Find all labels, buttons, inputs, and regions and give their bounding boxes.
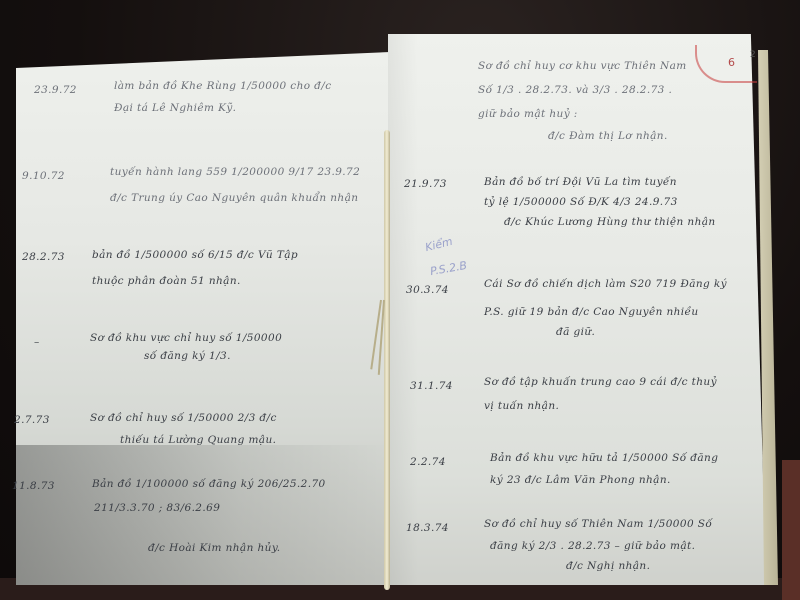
- entry-date: 21.9.73: [404, 178, 447, 190]
- entry-line: thuộc phân đoàn 51 nhận.: [92, 275, 241, 287]
- entry-date: 2.7.73: [14, 414, 50, 426]
- entry-line: đã giữ.: [556, 326, 595, 338]
- entry-line: đ/c Đàm thị Lơ nhận.: [548, 130, 668, 142]
- entry-line: đ/c Nghị nhận.: [566, 560, 650, 572]
- entry-line: số đăng ký 1/3.: [144, 350, 231, 362]
- entry-line: Số 1/3 . 28.2.73. và 3/3 . 28.2.73 .: [478, 84, 672, 96]
- notebook-cover-right: [782, 460, 800, 600]
- entry-line: đăng ký 2/3 . 28.2.73 – giữ bảo mật.: [490, 540, 695, 552]
- entry-line: đ/c Trung úy Cao Nguyên quân khuẩn nhận: [110, 192, 358, 204]
- entry-line: P.S. giữ 19 bản đ/c Cao Nguyên nhiều: [484, 306, 699, 318]
- entry-date: 18.3.74: [406, 522, 449, 534]
- entry-line: vị tuấn nhận.: [484, 400, 559, 412]
- entry-line: Bản đồ khu vực hữu tả 1/50000 Số đăng: [490, 452, 718, 464]
- entry-line: bản đồ 1/500000 số 6/15 đ/c Vũ Tập: [92, 249, 298, 261]
- entry-line: tỷ lệ 1/500000 Số Đ/K 4/3 24.9.73: [484, 196, 678, 208]
- entry-date: 28.2.73: [22, 251, 65, 263]
- entry-line: giữ bảo mật huỷ :: [478, 108, 578, 120]
- entry-date: 30.3.74: [406, 284, 449, 296]
- entry-line: Sơ đồ chỉ huy số 1/50000 2/3 đ/c: [90, 412, 277, 424]
- entry-date: 9.10.72: [22, 170, 65, 182]
- entry-date: 11.8.73: [12, 480, 55, 492]
- entry-line: thiếu tá Lường Quang mậu.: [120, 434, 276, 446]
- entry-date: 23.9.72: [34, 84, 77, 96]
- entry-line: Bản đồ bố trí Đội Vũ La tìm tuyến: [484, 176, 677, 188]
- stamp-number: 6: [728, 56, 735, 69]
- entry-line: đ/c Khúc Lương Hùng thư thiện nhận: [504, 216, 716, 228]
- entry-line: đ/c Hoài Kim nhận hủy.: [148, 542, 281, 554]
- entry-line: Sơ đồ chỉ huy cơ khu vực Thiên Nam: [478, 60, 687, 72]
- page-number: 2: [750, 50, 756, 60]
- entry-line: Bản đồ 1/100000 số đăng ký 206/25.2.70: [92, 478, 326, 490]
- entry-line: Đại tá Lê Nghiêm Kỹ.: [114, 102, 236, 114]
- entry-date: 2.2.74: [410, 456, 446, 468]
- entry-line: Sơ đồ chỉ huy số Thiên Nam 1/50000 Số: [484, 518, 712, 530]
- entry-line: Cái Sơ đồ chiến dịch làm S20 719 Đăng ký: [484, 278, 727, 290]
- entry-line: làm bản đồ Khe Rùng 1/50000 cho đ/c: [114, 80, 332, 92]
- entry-line: Sơ đồ tập khuấn trung cao 9 cái đ/c thuỷ: [484, 376, 717, 388]
- notebook-photo: 6 2 Kiểm P.S.2.B 23.9.72 làm bản đồ Khe …: [0, 0, 800, 600]
- entry-line: tuyến hành lang 559 1/200000 9/17 23.9.7…: [110, 166, 360, 178]
- entry-date: 31.1.74: [410, 380, 453, 392]
- entry-line: 211/3.3.70 ; 83/6.2.69: [94, 502, 220, 514]
- entry-line: ký 23 đ/c Lâm Văn Phong nhận.: [490, 474, 671, 486]
- entry-line: Sơ đồ khu vực chỉ huy số 1/50000: [90, 332, 282, 344]
- entry-date: –: [34, 336, 40, 348]
- binding-thread: [384, 130, 390, 590]
